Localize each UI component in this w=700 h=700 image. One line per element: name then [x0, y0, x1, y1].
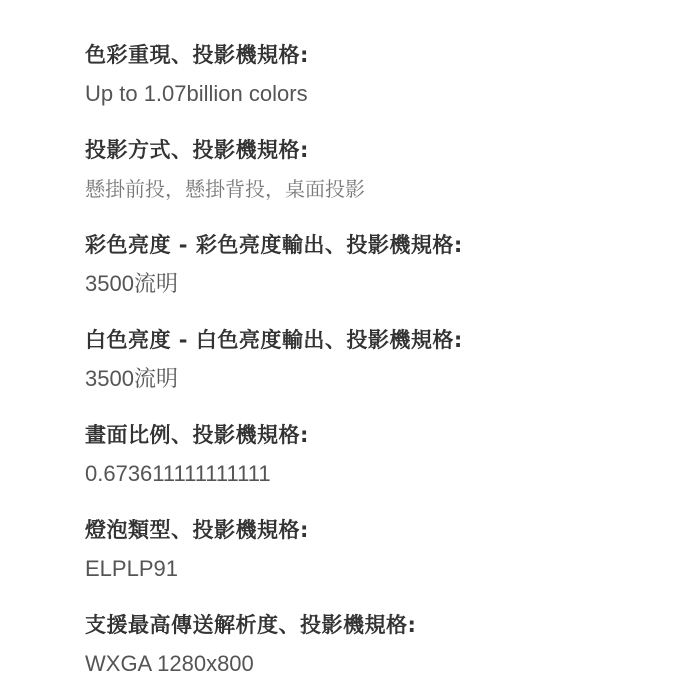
spec-aspect-ratio: 畫面比例、投影機規格: 0.673611111111111	[85, 418, 665, 513]
spec-label: 燈泡類型、投影機規格:	[85, 513, 665, 547]
spec-label: 支援最高傳送解析度、投影機規格:	[85, 608, 665, 642]
spec-value: Up to 1.07billion colors	[85, 76, 665, 112]
spec-max-resolution: 支援最高傳送解析度、投影機規格: WXGA 1280x800	[85, 608, 665, 700]
spec-value: 3500流明	[85, 361, 665, 397]
spec-color-brightness: 彩色亮度 - 彩色亮度輸出、投影機規格: 3500流明	[85, 228, 665, 323]
spec-projection-method: 投影方式、投影機規格: 懸掛前投，懸掛背投，桌面投影	[85, 133, 665, 228]
spec-label: 色彩重現、投影機規格:	[85, 38, 665, 72]
spec-value: WXGA 1280x800	[85, 646, 665, 682]
spec-value: 懸掛前投，懸掛背投，桌面投影	[85, 171, 665, 207]
spec-value: 0.673611111111111	[85, 456, 665, 492]
spec-white-brightness: 白色亮度 - 白色亮度輸出、投影機規格: 3500流明	[85, 323, 665, 418]
spec-label: 彩色亮度 - 彩色亮度輸出、投影機規格:	[85, 228, 665, 262]
spec-label: 投影方式、投影機規格:	[85, 133, 665, 167]
spec-label: 白色亮度 - 白色亮度輸出、投影機規格:	[85, 323, 665, 357]
spec-lamp-type: 燈泡類型、投影機規格: ELPLP91	[85, 513, 665, 608]
projector-spec-list: 色彩重現、投影機規格: Up to 1.07billion colors 投影方…	[85, 38, 665, 700]
spec-value: 3500流明	[85, 266, 665, 302]
spec-value: ELPLP91	[85, 551, 665, 587]
spec-color-reproduction: 色彩重現、投影機規格: Up to 1.07billion colors	[85, 38, 665, 133]
spec-label: 畫面比例、投影機規格:	[85, 418, 665, 452]
